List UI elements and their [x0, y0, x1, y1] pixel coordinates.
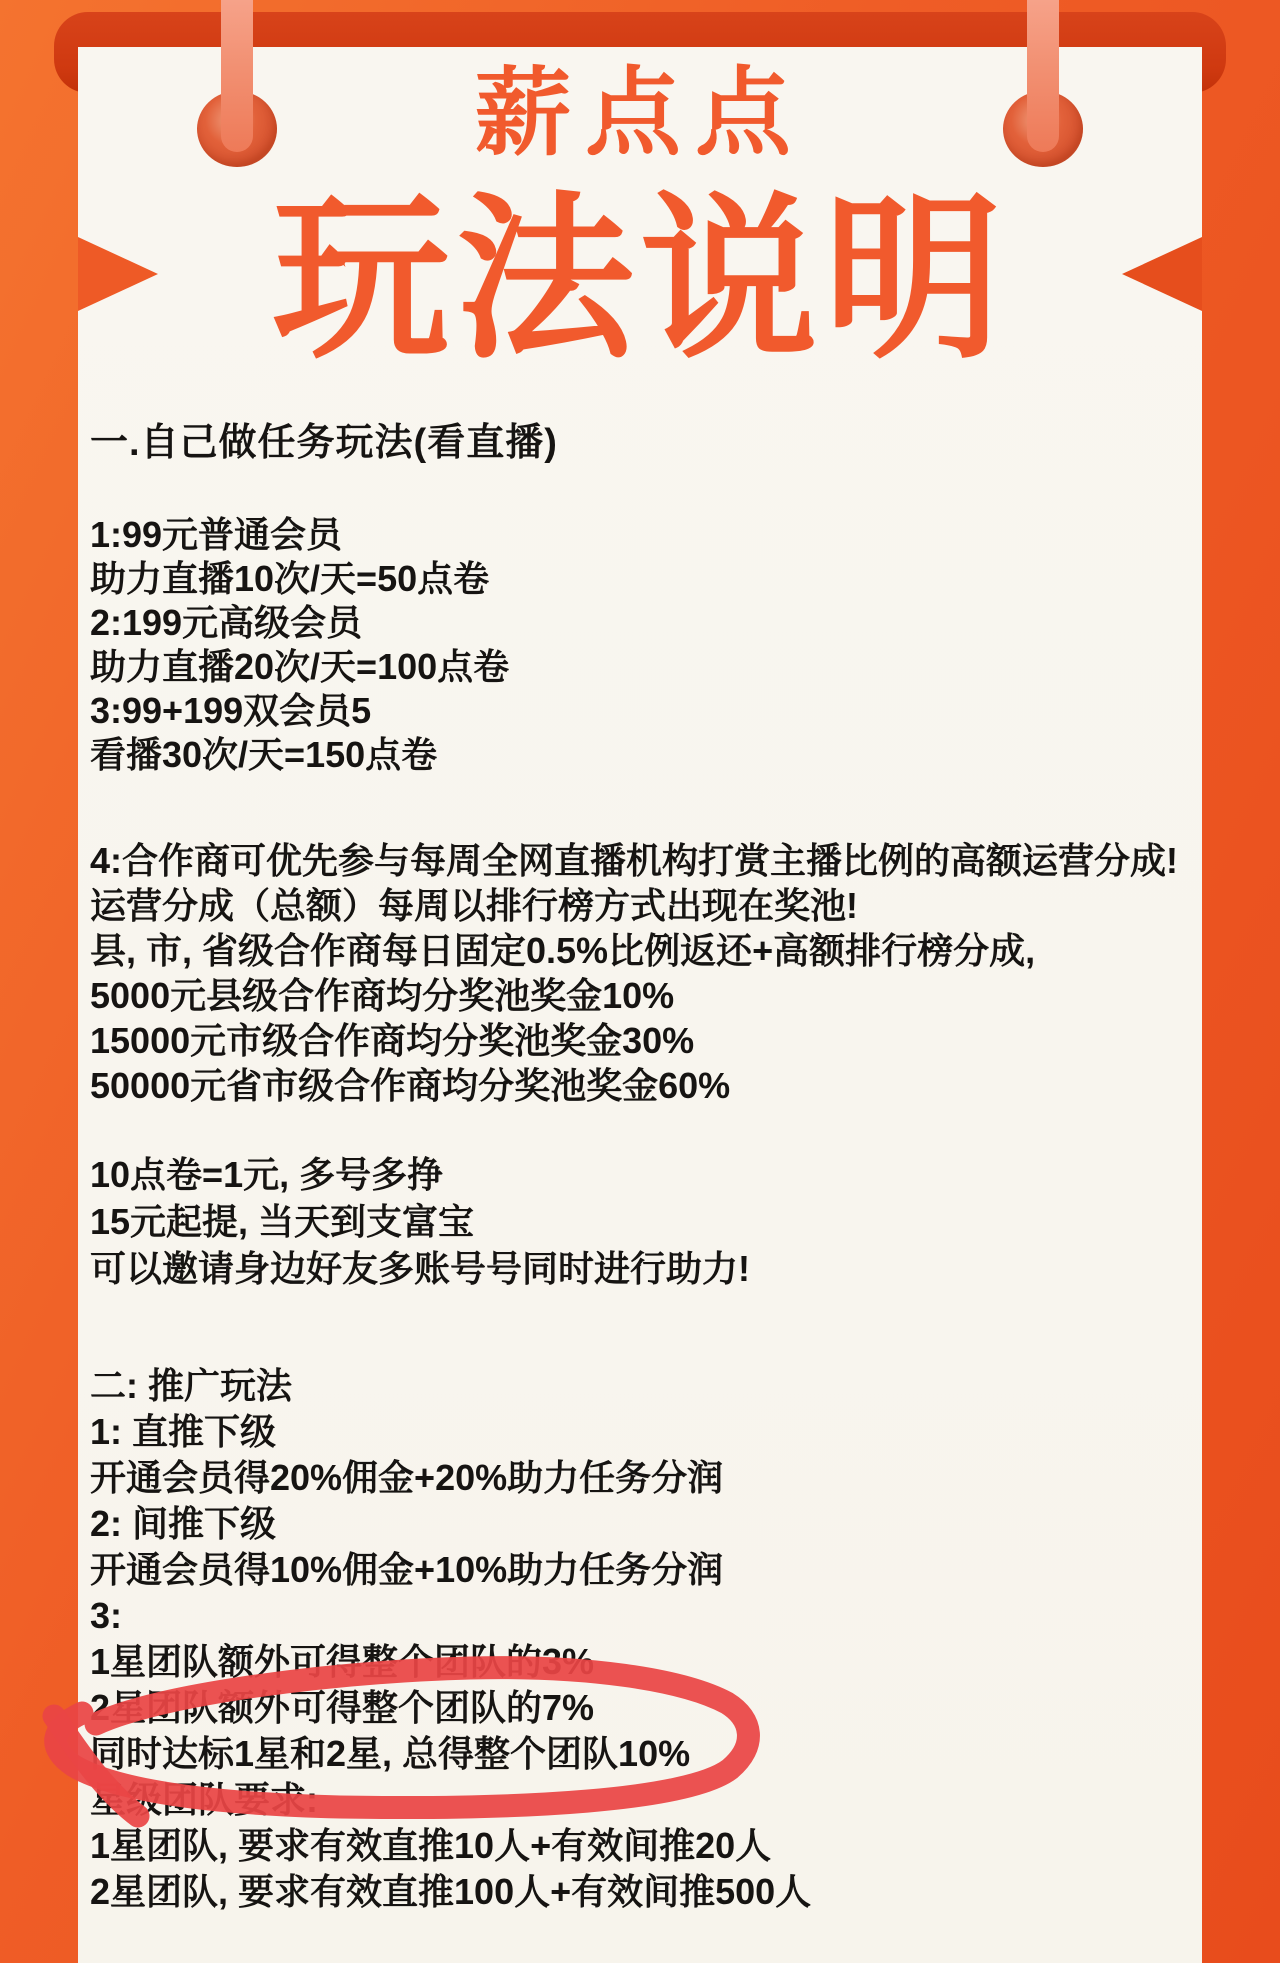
text-line: 2星团队额外可得整个团队的7% — [90, 1685, 811, 1731]
poster-title-brand: 薪点点 — [0, 58, 1280, 170]
text-line: 二: 推广玩法 — [90, 1363, 811, 1409]
section1-heading: 一.自己做任务玩法(看直播) — [90, 421, 558, 465]
section1-membership-lines: 1:99元普通会员 助力直播10次/天=50点卷 2:199元高级会员 助力直播… — [90, 513, 509, 777]
text-line: 星级团队要求: — [90, 1777, 811, 1823]
text-line: 1: 直推下级 — [90, 1409, 811, 1455]
text-line: 4:合作商可优先参与每周全网直播机构打赏主播比例的高额运营分成! — [90, 838, 1178, 883]
text-line: 同时达标1星和2星, 总得整个团队10% — [90, 1731, 811, 1777]
text-line: 15000元市级合作商均分奖池奖金30% — [90, 1018, 1178, 1063]
poster-title-main: 玩法说明 — [0, 184, 1280, 376]
text-line: 2:199元高级会员 — [90, 601, 509, 645]
text-line: 开通会员得20%佣金+20%助力任务分润 — [90, 1455, 811, 1501]
text-line: 1星团队额外可得整个团队的3% — [90, 1639, 811, 1685]
text-line: 5000元县级合作商均分奖池奖金10% — [90, 973, 1178, 1018]
text-line: 运营分成（总额）每周以排行榜方式出现在奖池! — [90, 883, 1178, 928]
section2-partner-lines: 4:合作商可优先参与每周全网直播机构打赏主播比例的高额运营分成! 运营分成（总额… — [90, 838, 1178, 1108]
text-line: 2: 间推下级 — [90, 1501, 811, 1547]
text-line: 1:99元普通会员 — [90, 513, 509, 557]
text-line: 3:99+199双会员5 — [90, 689, 509, 733]
text-line: 50000元省市级合作商均分奖池奖金60% — [90, 1063, 1178, 1108]
text-line: 可以邀请身边好友多账号号同时进行助力! — [90, 1245, 750, 1292]
text-line: 助力直播20次/天=100点卷 — [90, 645, 509, 689]
text-line: 助力直播10次/天=50点卷 — [90, 557, 509, 601]
text-line: 开通会员得10%佣金+10%助力任务分润 — [90, 1547, 811, 1593]
text-line: 1星团队, 要求有效直推10人+有效间推20人 — [90, 1823, 811, 1869]
text-line: 看播30次/天=150点卷 — [90, 733, 509, 777]
poster-root: { "poster": { "title_small": "薪点点", "tit… — [0, 0, 1280, 1963]
section3-withdraw-lines: 10点卷=1元, 多号多挣 15元起提, 当天到支富宝 可以邀请身边好友多账号号… — [90, 1151, 750, 1292]
text-line: 2星团队, 要求有效直推100人+有效间推500人 — [90, 1869, 811, 1915]
text-line: 15元起提, 当天到支富宝 — [90, 1198, 750, 1245]
text-line: 县, 市, 省级合作商每日固定0.5%比例返还+高额排行榜分成, — [90, 928, 1178, 973]
text-line: 3: — [90, 1593, 811, 1639]
section4-promotion-lines: 二: 推广玩法 1: 直推下级 开通会员得20%佣金+20%助力任务分润 2: … — [90, 1363, 811, 1915]
text-line: 10点卷=1元, 多号多挣 — [90, 1151, 750, 1198]
